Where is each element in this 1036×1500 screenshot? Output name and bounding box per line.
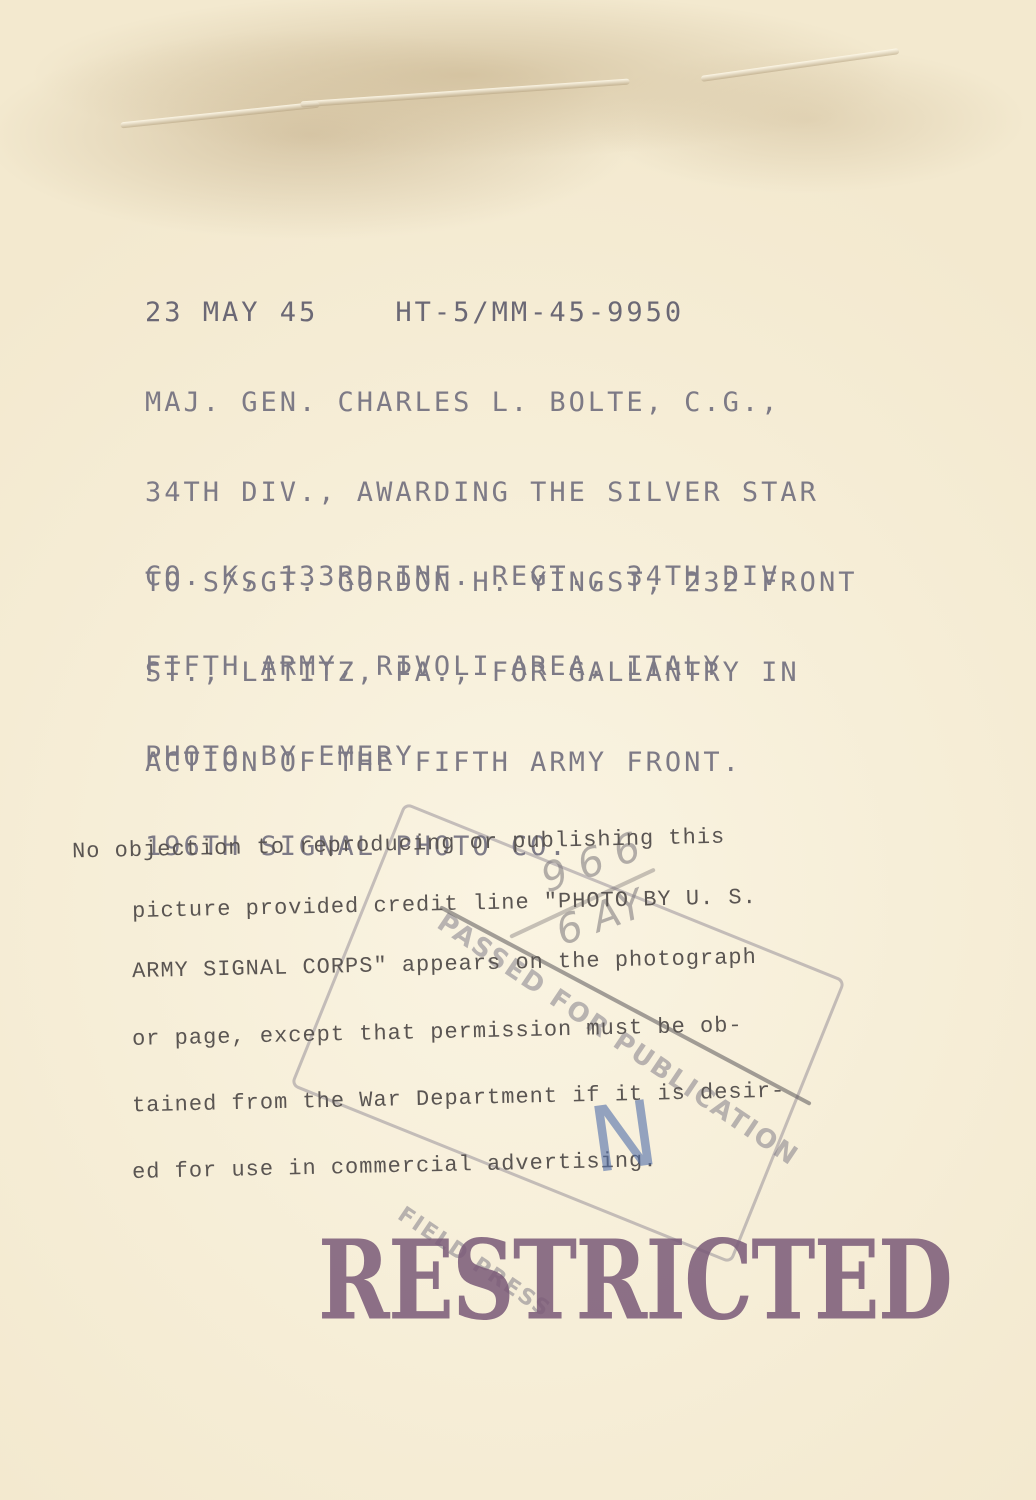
unit-line: CO. K, 133RD INF. REGT., 34TH DIV. <box>145 562 800 592</box>
caption-header: 23 MAY 45 HT-5/MM-45-9950 <box>145 298 857 328</box>
photo-number: HT-5/MM-45-9950 <box>395 297 684 328</box>
caption-date: 23 MAY 45 <box>145 297 318 328</box>
restricted-stamp: RESTRICTED <box>318 1228 766 1333</box>
blue-pencil-check-mark: N <box>583 1081 664 1194</box>
caption-line: MAJ. GEN. CHARLES L. BOLTE, C.G., <box>145 388 857 418</box>
unit-line: PHOTO BY EMERY <box>145 742 800 772</box>
unit-line: FIFTH ARMY, RIVOLI AREA, ITALY <box>145 652 800 682</box>
